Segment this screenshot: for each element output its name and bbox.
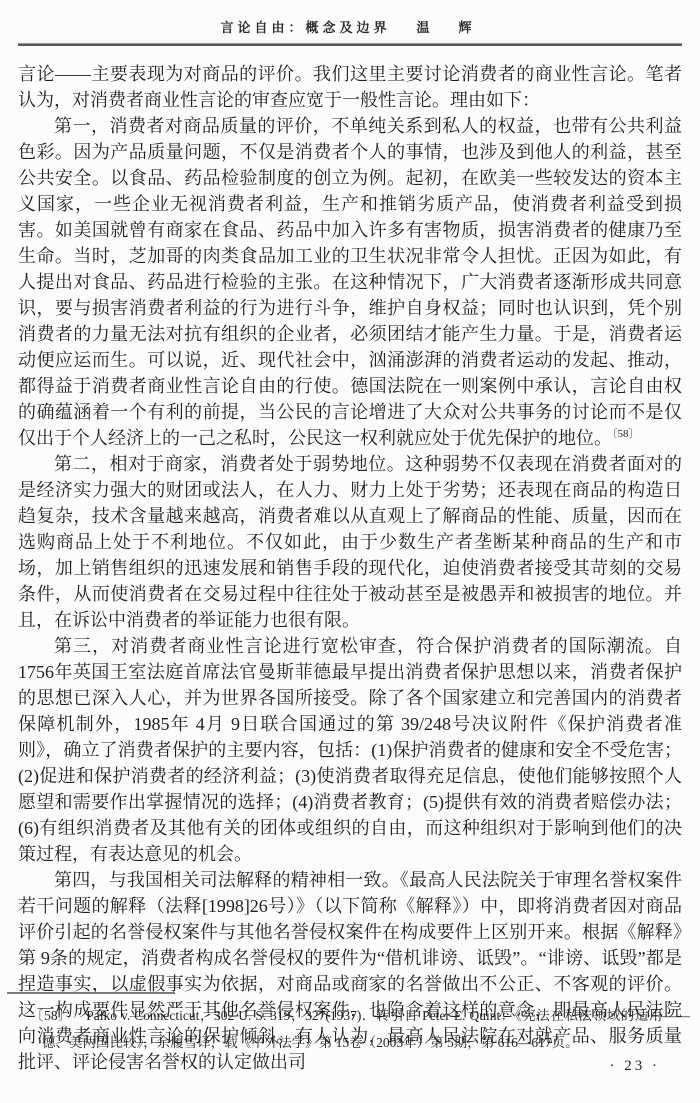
paragraph-text: 第一，消费者对商品质量的评价，不单纯关系到私人的权益，也带有公共利益色彩。因为产…	[18, 116, 682, 448]
paragraph: 言论——主要表现为对商品的评价。我们这里主要讨论消费者的商业性言论。笔者认为，对…	[18, 61, 682, 113]
article-body: 言论——主要表现为对商品的评价。我们这里主要讨论消费者的商业性言论。笔者认为，对…	[18, 61, 682, 1075]
footnote-rule	[7, 992, 175, 994]
header-rule	[18, 43, 682, 46]
paragraph: 第一，消费者对商品质量的评价，不单纯关系到私人的权益，也带有公共利益色彩。因为产…	[18, 113, 682, 451]
footnote-text: Palko v. Connecticut，302 U. S. 319，327(1…	[42, 1008, 690, 1050]
paragraph: 第二，相对于商家，消费者处于弱势地位。这种弱势不仅表现在消费者面对的是经济实力强…	[18, 451, 682, 633]
paragraph: 第三，对消费者商业性言论进行宽松审查，符合保护消费者的国际潮流。自 1756年英…	[18, 633, 682, 867]
running-author: 温 辉	[417, 17, 480, 36]
paragraph-text: 第三，对消费者商业性言论进行宽松审查，符合保护消费者的国际潮流。自 1756年英…	[18, 636, 682, 864]
footnote-ref: 〔58〕	[612, 428, 640, 440]
footnote: 〔58〕Palko v. Connecticut，302 U. S. 319，3…	[30, 1002, 690, 1056]
running-header: 言论自由：概念及边界温 辉	[0, 0, 700, 36]
running-title: 言论自由：概念及边界	[220, 20, 390, 35]
footnote-marker: 〔58〕	[30, 1008, 72, 1023]
paragraph-text: 言论——主要表现为对商品的评价。我们这里主要讨论消费者的商业性言论。笔者认为，对…	[18, 64, 682, 110]
document-page: 言论自由：概念及边界温 辉 言论——主要表现为对商品的评价。我们这里主要讨论消费…	[0, 0, 700, 1103]
page-number: · 23 ·	[610, 1058, 661, 1075]
paragraph-text: 第二，相对于商家，消费者处于弱势地位。这种弱势不仅表现在消费者面对的是经济实力强…	[18, 454, 682, 630]
